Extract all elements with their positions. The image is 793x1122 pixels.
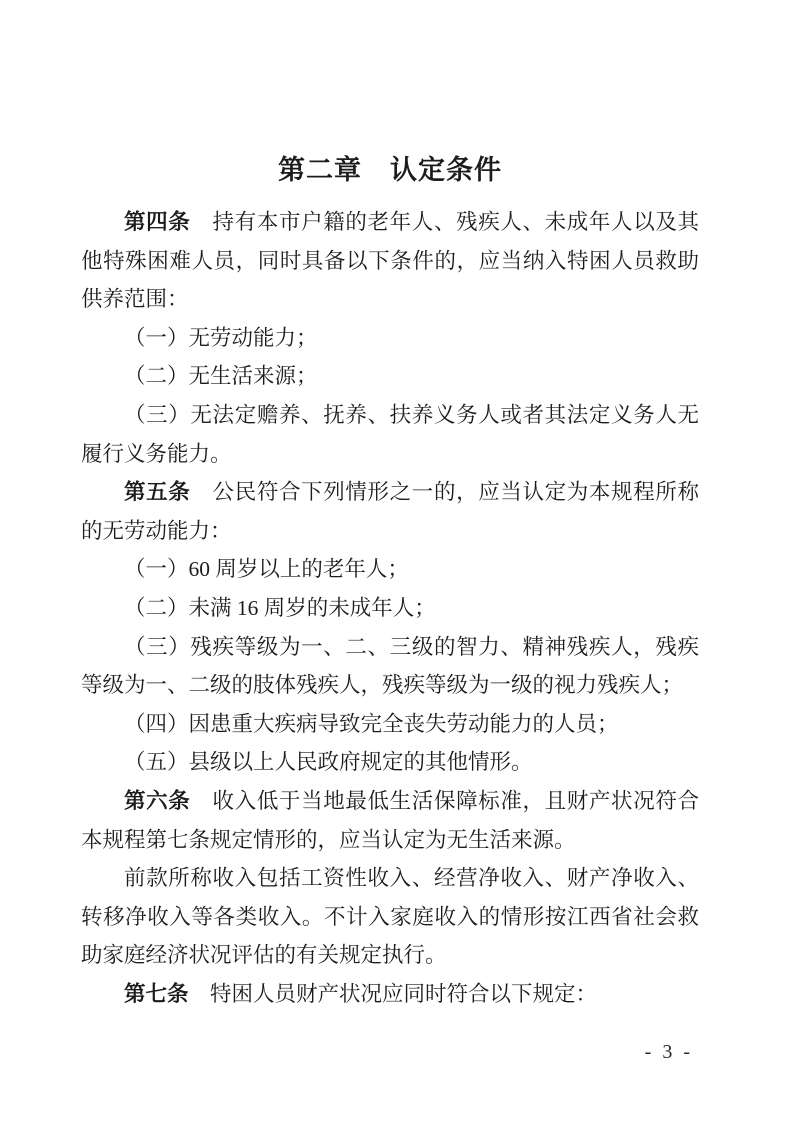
paragraph-text: （三）无法定赡养、抚养、扶养义务人或者其法定义务人无履行义务能力。	[81, 403, 699, 466]
paragraph-article-7: 第七条 特困人员财产状况应同时符合以下规定：	[81, 975, 699, 1014]
paragraph-text: 前款所称收入包括工资性收入、经营净收入、财产净收入、转移净收入等各类收入。不计入…	[81, 866, 699, 967]
paragraph-body: 前款所称收入包括工资性收入、经营净收入、财产净收入、转移净收入等各类收入。不计入…	[81, 859, 699, 975]
paragraph-article-6: 第六条 收入低于当地最低生活保障标准，且财产状况符合本规程第七条规定情形的，应当…	[81, 782, 699, 859]
document-page: 第二章 认定条件 第四条 持有本市户籍的老年人、残疾人、未成年人以及其他特殊困难…	[0, 0, 793, 1122]
page-number: - 3 -	[645, 1041, 693, 1064]
paragraph-text: （一）无劳动能力；	[124, 326, 318, 350]
paragraph-text: 特困人员财产状况应同时符合以下规定：	[189, 982, 598, 1006]
paragraph-item: （二）无生活来源；	[81, 357, 699, 396]
paragraph-item: （一）无劳动能力；	[81, 319, 699, 358]
paragraph-item: （四）因患重大疾病导致完全丧失劳动能力的人员；	[81, 705, 699, 744]
paragraph-item: （五）县级以上人民政府规定的其他情形。	[81, 743, 699, 782]
article-number: 第五条	[124, 480, 190, 504]
article-number: 第七条	[124, 982, 189, 1006]
paragraph-text: （二）未满 16 周岁的未成年人；	[124, 596, 436, 620]
paragraph-text: （一）60 周岁以上的老年人；	[124, 557, 409, 581]
document-body: 第二章 认定条件 第四条 持有本市户籍的老年人、残疾人、未成年人以及其他特殊困难…	[81, 150, 699, 1013]
paragraph-text: （五）县级以上人民政府规定的其他情形。	[124, 750, 533, 774]
paragraph-text: （二）无生活来源；	[124, 364, 318, 388]
article-number: 第四条	[124, 210, 190, 234]
article-number: 第六条	[124, 789, 190, 813]
paragraph-text: （三）残疾等级为一、二、三级的智力、精神残疾人，残疾等级为一、二级的肢体残疾人，…	[81, 635, 699, 698]
paragraph-item: （一）60 周岁以上的老年人；	[81, 550, 699, 589]
paragraph-item: （三）无法定赡养、抚养、扶养义务人或者其法定义务人无履行义务能力。	[81, 396, 699, 473]
paragraph-article-4: 第四条 持有本市户籍的老年人、残疾人、未成年人以及其他特殊困难人员，同时具备以下…	[81, 203, 699, 319]
paragraph-item: （三）残疾等级为一、二、三级的智力、精神残疾人，残疾等级为一、二级的肢体残疾人，…	[81, 628, 699, 705]
chapter-title: 第二章 认定条件	[81, 150, 699, 190]
paragraph-article-5: 第五条 公民符合下列情形之一的，应当认定为本规程所称的无劳动能力：	[81, 473, 699, 550]
paragraph-item: （二）未满 16 周岁的未成年人；	[81, 589, 699, 628]
paragraph-text: （四）因患重大疾病导致完全丧失劳动能力的人员；	[124, 712, 619, 736]
